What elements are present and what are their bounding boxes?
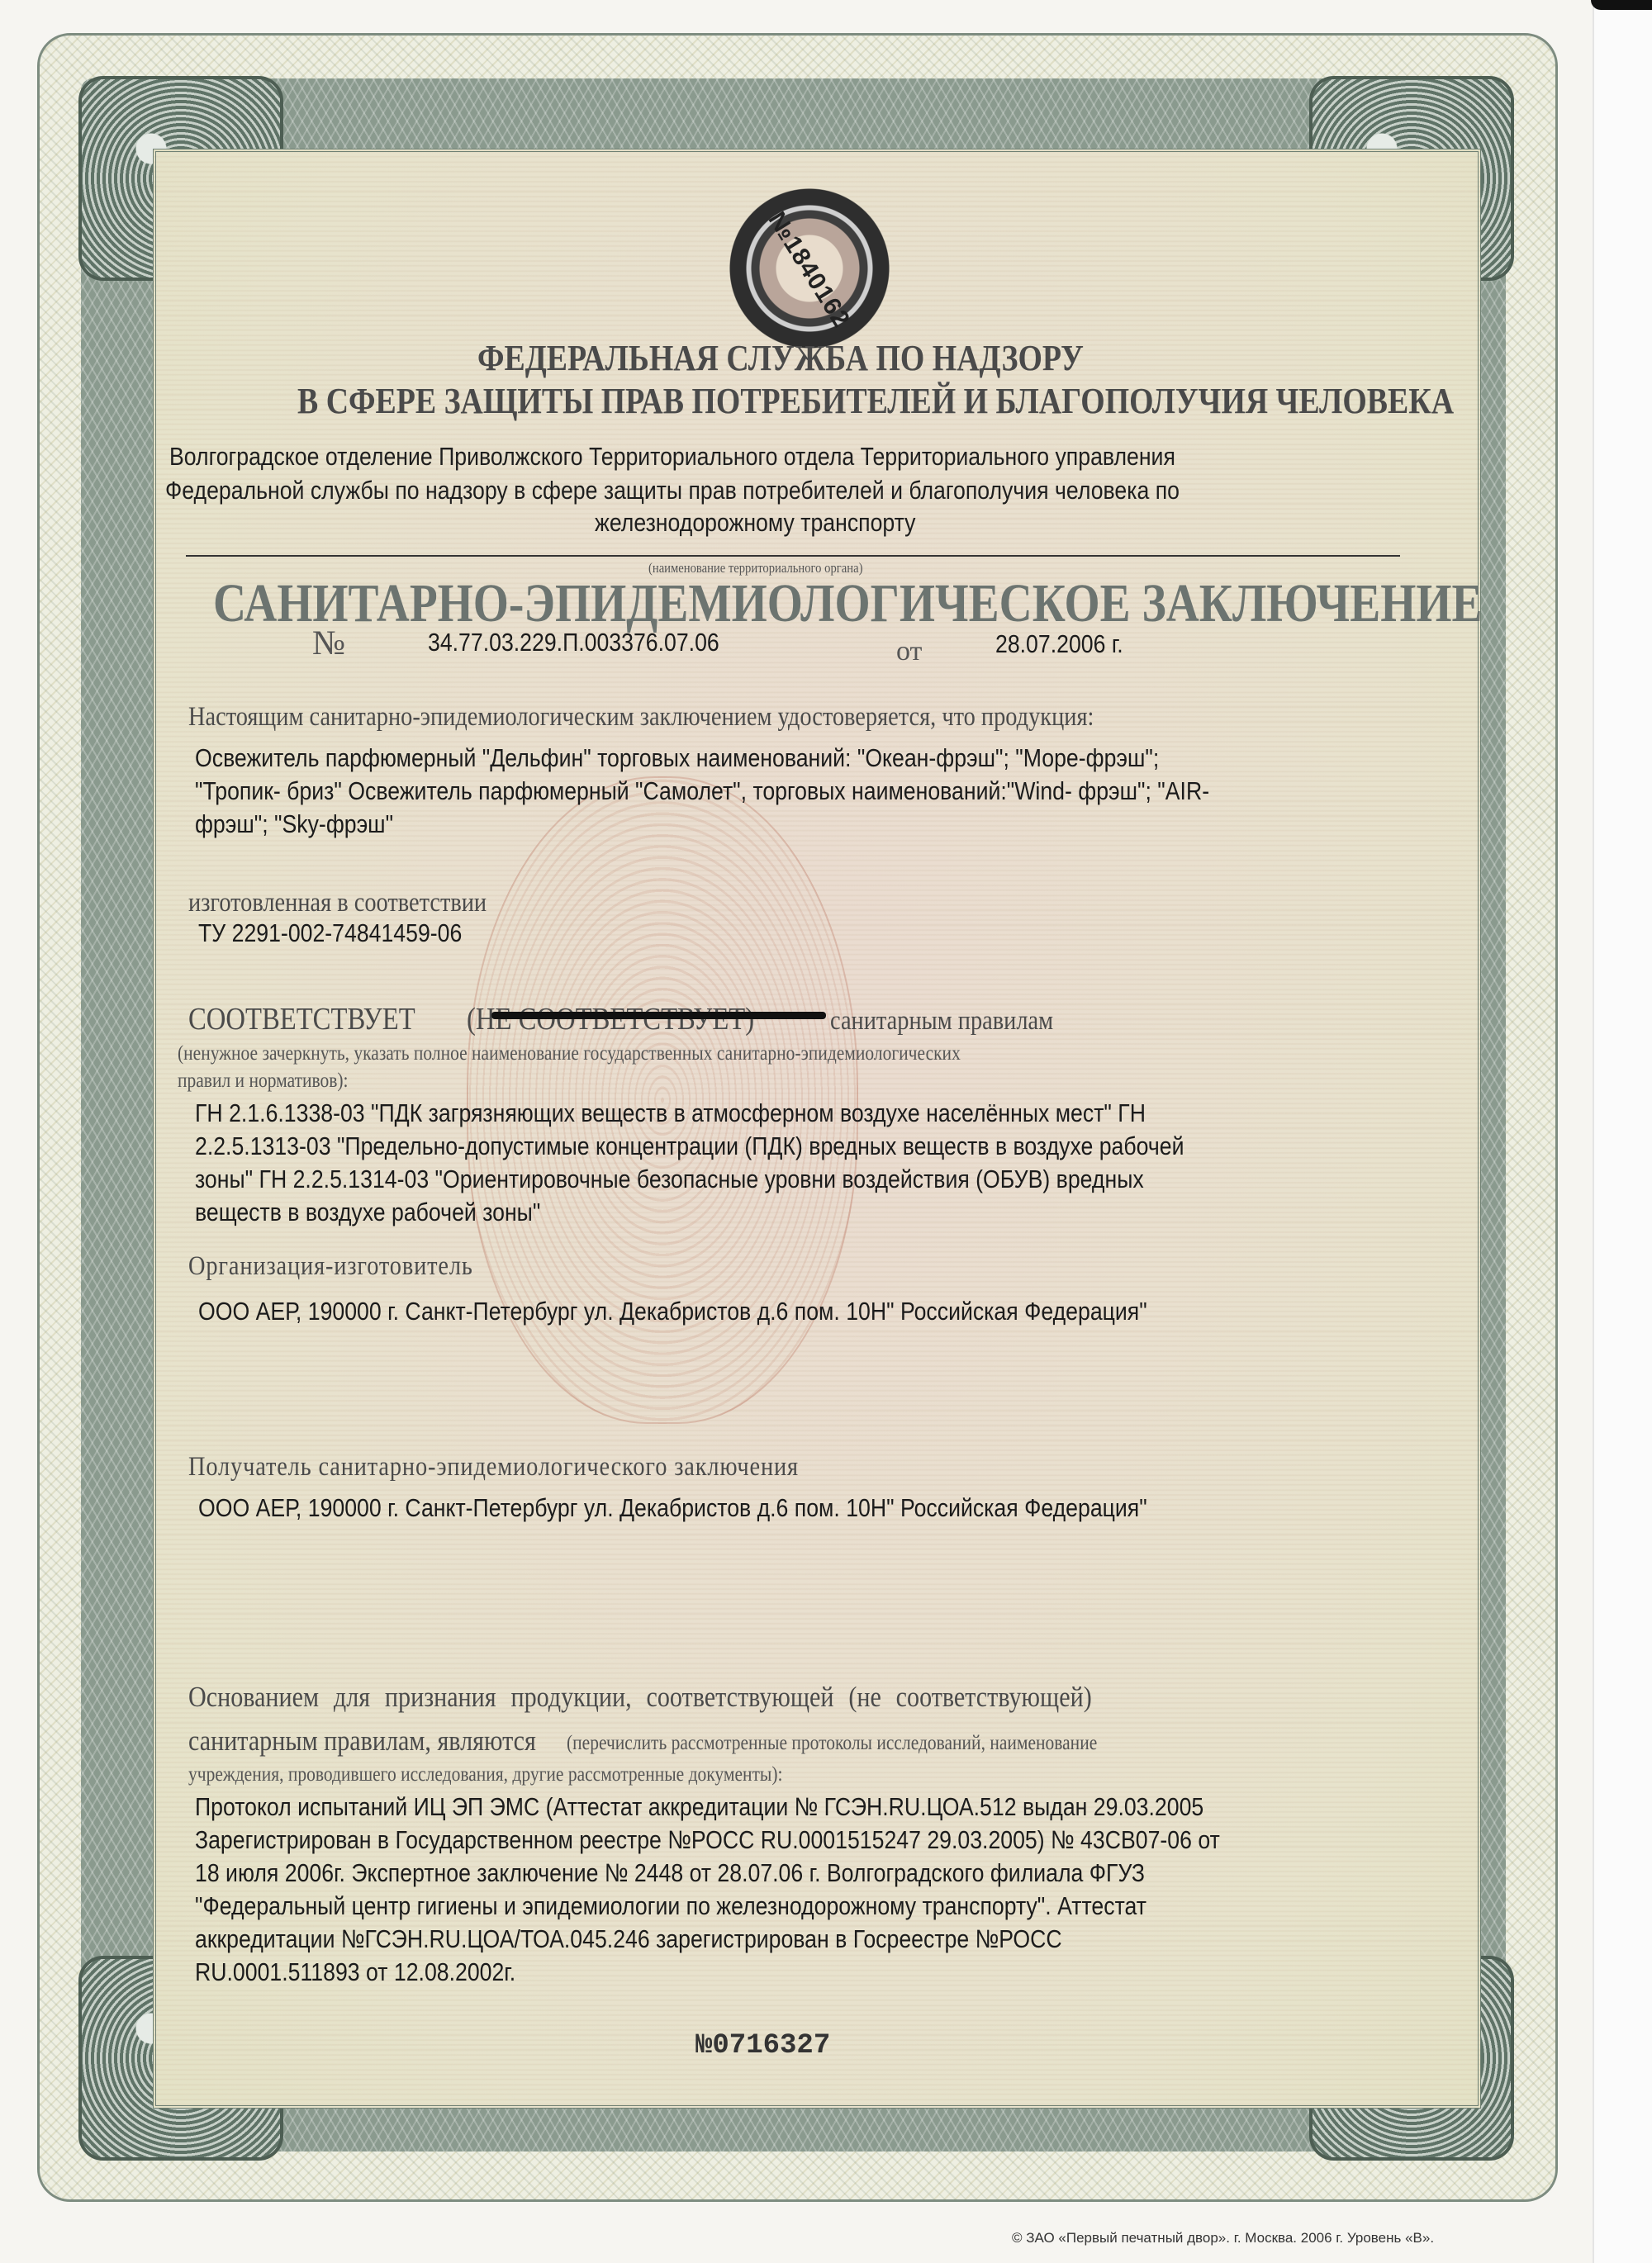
strikethrough-mark xyxy=(491,1012,826,1019)
document-number: 34.77.03.229.П.003376.07.06 xyxy=(428,628,719,657)
basis-line-1: Протокол испытаний ИЦ ЭП ЭМС (Аттестат а… xyxy=(195,1792,1203,1822)
product-line-2: "Тропик- бриз" Освежитель парфюмерный "С… xyxy=(195,776,1209,806)
manufacturer-value: ООО АЕР, 190000 г. Санкт-Петербург ул. Д… xyxy=(198,1297,1147,1326)
territorial-body-rule xyxy=(186,555,1400,557)
norm-line-3: зоны" ГН 2.2.5.1314-03 "Ориентировочные … xyxy=(195,1165,1144,1194)
recipient-value: ООО АЕР, 190000 г. Санкт-Петербург ул. Д… xyxy=(198,1493,1147,1523)
number-label: № xyxy=(312,624,345,663)
manufacture-label: изготовленная в соответствии xyxy=(188,888,487,918)
territorial-body-line3: железнодорожному транспорту xyxy=(595,508,916,538)
recipient-label: Получатель санитарно-эпидемиологического… xyxy=(188,1452,799,1483)
product-line-1: Освежитель парфюмерный "Дельфин" торговы… xyxy=(195,743,1159,773)
norm-line-1: ГН 2.1.6.1338-03 "ПДК загрязняющих вещес… xyxy=(195,1098,1146,1128)
document-date: 28.07.2006 г. xyxy=(995,629,1123,659)
date-label: от xyxy=(896,636,922,667)
basis-line-3: 18 июля 2006г. Экспертное заключение № 2… xyxy=(195,1858,1145,1888)
basis-note-line1: (перечислить рассмотренные протоколы исс… xyxy=(567,1732,1097,1755)
product-line-3: фрэш"; "Sky-фрэш" xyxy=(195,809,393,839)
manufacturer-label: Организация-изготовитель xyxy=(188,1251,473,1282)
manufacture-spec: ТУ 2291-002-74841459-06 xyxy=(198,918,462,948)
norm-line-4: веществ в воздухе рабочей зоны" xyxy=(195,1198,540,1227)
compliance-note-line1: (ненужное зачеркнуть, указать полное наи… xyxy=(178,1042,961,1065)
compliance-status: СООТВЕТСТВУЕТ xyxy=(188,1001,415,1037)
compliance-note-line2: правил и нормативов): xyxy=(178,1070,349,1093)
product-intro: Настоящим санитарно-эпидемиологическим з… xyxy=(188,702,1094,733)
territorial-body-line1: Волгоградское отделение Приволжского Тер… xyxy=(169,442,1175,472)
basis-label-line1: Основанием для признания продукции, соот… xyxy=(188,1681,1092,1714)
compliance-struck-option: (НЕ СООТВЕТСТВУЕТ) xyxy=(467,1001,754,1037)
agency-title-line2: В СФЕРЕ ЗАЩИТЫ ПРАВ ПОТРЕБИТЕЛЕЙ И БЛАГО… xyxy=(297,380,1454,422)
basis-line-6: RU.0001.511893 от 12.08.2002г. xyxy=(195,1957,515,1987)
agency-title-line1: ФЕДЕРАЛЬНАЯ СЛУЖБА ПО НАДЗОРУ xyxy=(477,337,1084,379)
basis-label-line2: санитарным правилам, являются xyxy=(188,1725,536,1758)
printer-copyright: © ЗАО «Первый печатный двор». г. Москва.… xyxy=(1012,2230,1434,2246)
basis-note-line2: учреждения, проводившего исследования, д… xyxy=(188,1763,783,1786)
territorial-body-line2: Федеральной службы по надзору в сфере за… xyxy=(165,476,1180,505)
basis-line-4: "Федеральный центр гигиены и эпидемиолог… xyxy=(195,1891,1146,1921)
scanner-edge xyxy=(1593,0,1652,2263)
form-serial-number: №0716327 xyxy=(695,2030,830,2061)
norm-line-2: 2.2.5.1313-03 "Предельно-допустимые конц… xyxy=(195,1131,1184,1161)
scanner-edge-shadow xyxy=(1591,0,1652,10)
basis-line-2: Зарегистрирован в Государственном реестр… xyxy=(195,1825,1220,1855)
basis-line-5: аккредитации №ГСЭН.RU.ЦОА/ТОА.045.246 за… xyxy=(195,1924,1062,1954)
document-title: САНИТАРНО-ЭПИДЕМИОЛОГИЧЕСКОЕ ЗАКЛЮЧЕНИЕ xyxy=(213,572,1482,635)
compliance-suffix: санитарным правилам xyxy=(830,1006,1053,1037)
